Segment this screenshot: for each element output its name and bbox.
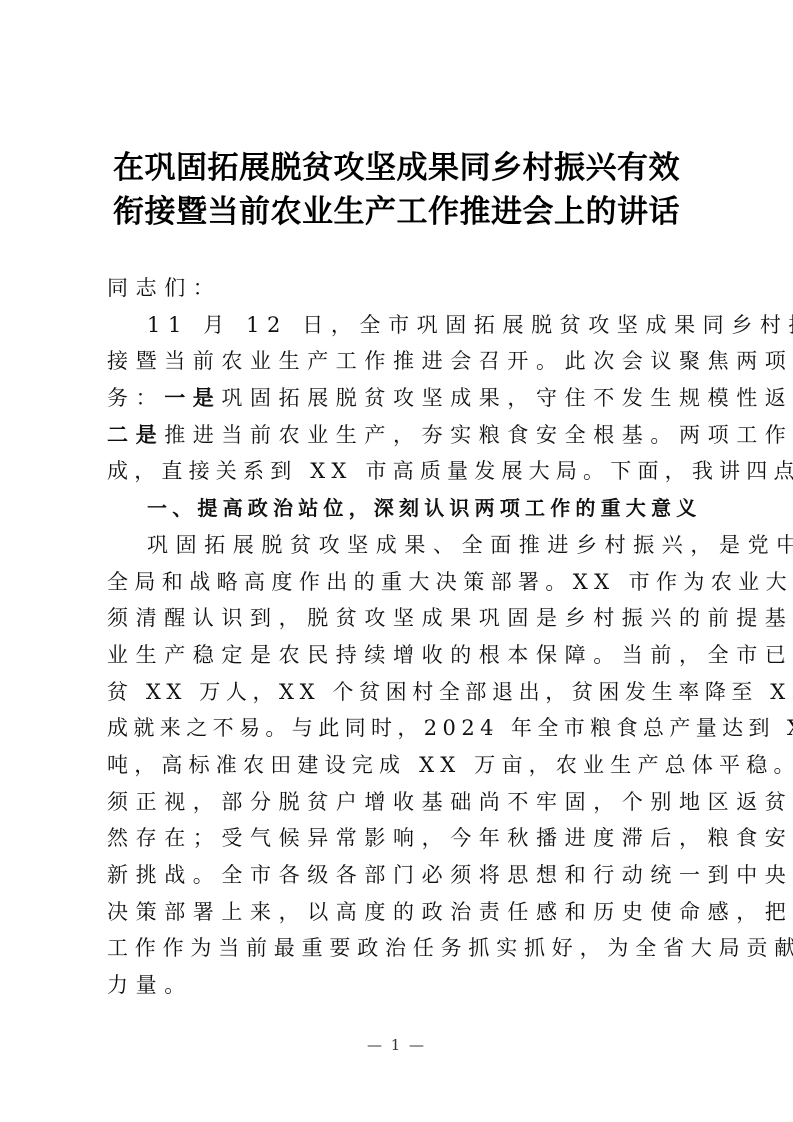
paragraph-line: 成，直接关系到 XX 市高质量发展大局。下面，我讲四点意见。 — [107, 453, 689, 490]
emphasis-second: 二是 — [107, 422, 164, 447]
paragraph-line: 接暨当前农业生产工作推进会召开。此次会议聚焦两项核心任 — [107, 343, 689, 380]
salutation: 同志们： — [107, 270, 689, 307]
paragraph-line: 全局和战略高度作出的重大决策部署。XX 市作为农业大市，必 — [107, 564, 689, 601]
paragraph-line: 成就来之不易。与此同时，2024 年全市粮食总产量达到 XX 万 — [107, 710, 689, 747]
document-page: 在巩固拓展脱贫攻坚成果同乡村振兴有效 衔接暨当前农业生产工作推进会上的讲话 同志… — [0, 0, 793, 1122]
document-title: 在巩固拓展脱贫攻坚成果同乡村振兴有效 衔接暨当前农业生产工作推进会上的讲话 — [100, 146, 693, 234]
paragraph-line: 然存在；受气候异常影响，今年秋播进度滞后，粮食安全面临 — [107, 820, 689, 857]
paragraph-line: 决策部署上来，以高度的政治责任感和历史使命感，把这两项 — [107, 894, 689, 931]
paragraph-line: 11 月 12 日，全市巩固拓展脱贫攻坚成果同乡村振兴有效衔 — [107, 307, 689, 344]
paragraph-line: 吨，高标准农田建设完成 XX 万亩，农业生产总体平稳。但必 — [107, 747, 689, 784]
paragraph-line: 工作作为当前最重要政治任务抓实抓好，为全省大局贡献 XX — [107, 930, 689, 967]
section-heading: 一、提高政治站位，深刻认识两项工作的重大意义 — [107, 490, 689, 527]
text-segment: 推进当前农业生产，夯实粮食安全根基。两项工作相辅相 — [164, 423, 793, 447]
paragraph-line: 须清醒认识到，脱贫攻坚成果巩固是乡村振兴的前提基础，农 — [107, 600, 689, 637]
page-number: — 1 — — [0, 1036, 793, 1054]
paragraph-line: 二是推进当前农业生产，夯实粮食安全根基。两项工作相辅相 — [107, 417, 689, 454]
paragraph-line: 贫 XX 万人，XX 个贫困村全部退出，贫困发生率降至 X.X%， — [107, 674, 689, 711]
title-line-1: 在巩固拓展脱贫攻坚成果同乡村振兴有效 — [100, 146, 693, 190]
title-line-2: 衔接暨当前农业生产工作推进会上的讲话 — [100, 190, 693, 234]
paragraph-line: 业生产稳定是农民持续增收的根本保障。当前，全市已累计减 — [107, 637, 689, 674]
text-segment: 务： — [107, 386, 164, 410]
paragraph-line: 巩固拓展脱贫攻坚成果、全面推进乡村振兴，是党中央从 — [107, 527, 689, 564]
emphasis-first: 一是 — [164, 385, 221, 410]
text-segment: 巩固拓展脱贫攻坚成果，守住不发生规模性返贫底线； — [221, 386, 793, 410]
paragraph-line: 须正视，部分脱贫户增收基础尚不牢固，个别地区返贫风险依 — [107, 784, 689, 821]
paragraph-line: 新挑战。全市各级各部门必须将思想和行动统一到中央、省委 — [107, 857, 689, 894]
paragraph-line: 务：一是巩固拓展脱贫攻坚成果，守住不发生规模性返贫底线； — [107, 380, 689, 417]
document-body: 同志们： 11 月 12 日，全市巩固拓展脱贫攻坚成果同乡村振兴有效衔 接暨当前… — [107, 270, 689, 1004]
paragraph-line: 力量。 — [107, 967, 689, 1004]
